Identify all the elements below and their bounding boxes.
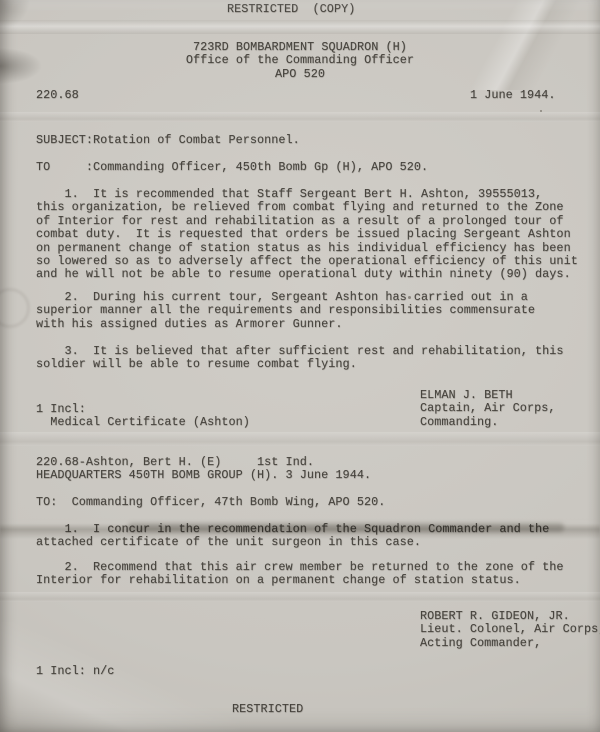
indorsement-to-line: TO: Commanding Officer, 47th Bomb Wing, … — [36, 496, 385, 509]
subject-line: SUBJECT:Rotation of Combat Personnel. — [36, 134, 300, 147]
paper-crease — [0, 20, 600, 34]
indorsement-reference-line: 220.68-Ashton, Bert H. (E) 1st Ind. — [36, 456, 371, 469]
paper-crease — [0, 592, 600, 602]
paragraph-2: 2. During his current tour, Sergeant Ash… — [36, 291, 535, 331]
indorsement-heading: 220.68-Ashton, Bert H. (E) 1st Ind.HEADQ… — [36, 456, 371, 483]
classification-bottom: RESTRICTED — [232, 703, 303, 716]
ink-speck — [540, 110, 542, 112]
letterhead-apo: APO 520 — [0, 68, 600, 81]
signature-1-rank: Captain, Air Corps, — [420, 402, 555, 415]
scanned-military-letter: RESTRICTED (COPY) 723RD BOMBARDMENT SQUA… — [0, 0, 600, 732]
signature-block-1: ELMAN J. BETHCaptain, Air Corps,Commandi… — [420, 389, 555, 429]
letterhead: 723RD BOMBARDMENT SQUADRON (H)Office of … — [0, 41, 600, 81]
signature-block-2: ROBERT R. GIDEON, JR.Lieut. Colonel, Air… — [420, 610, 600, 650]
indorsement-headquarters-line: HEADQUARTERS 450TH BOMB GROUP (H). 3 Jun… — [36, 469, 371, 482]
paragraph-1: 1. It is recommended that Staff Sergeant… — [36, 188, 578, 282]
signature-1-title: Commanding. — [420, 416, 555, 429]
faint-stamp-mark — [0, 288, 30, 328]
classification-top: RESTRICTED (COPY) — [227, 3, 355, 16]
enclosure-list-1: 1 Incl: Medical Certificate (Ashton) — [36, 403, 250, 430]
enclosure-list-2: 1 Incl: n/c — [36, 665, 114, 678]
to-line: TO :Commanding Officer, 450th Bomb Gp (H… — [36, 161, 428, 174]
letterhead-office: Office of the Commanding Officer — [0, 54, 600, 67]
indorsement-paragraph-1: 1. I concur in the recommendation of the… — [36, 523, 549, 550]
signature-2-rank: Lieut. Colonel, Air Corps, — [420, 623, 600, 636]
paragraph-3: 3. It is believed that after sufficient … — [36, 345, 564, 372]
letterhead-unit: 723RD BOMBARDMENT SQUADRON (H) — [0, 41, 600, 54]
signature-2-name: ROBERT R. GIDEON, JR. — [420, 610, 600, 623]
date-line: 1 June 1944. — [470, 89, 556, 102]
paper-crease — [0, 432, 600, 446]
indorsement-paragraph-2: 2. Recommend that this air crew member b… — [36, 561, 564, 588]
file-number: 220.68 — [36, 89, 79, 102]
signature-1-name: ELMAN J. BETH — [420, 389, 555, 402]
signature-2-title: Acting Commander, — [420, 637, 600, 650]
paper-crease — [0, 112, 600, 122]
